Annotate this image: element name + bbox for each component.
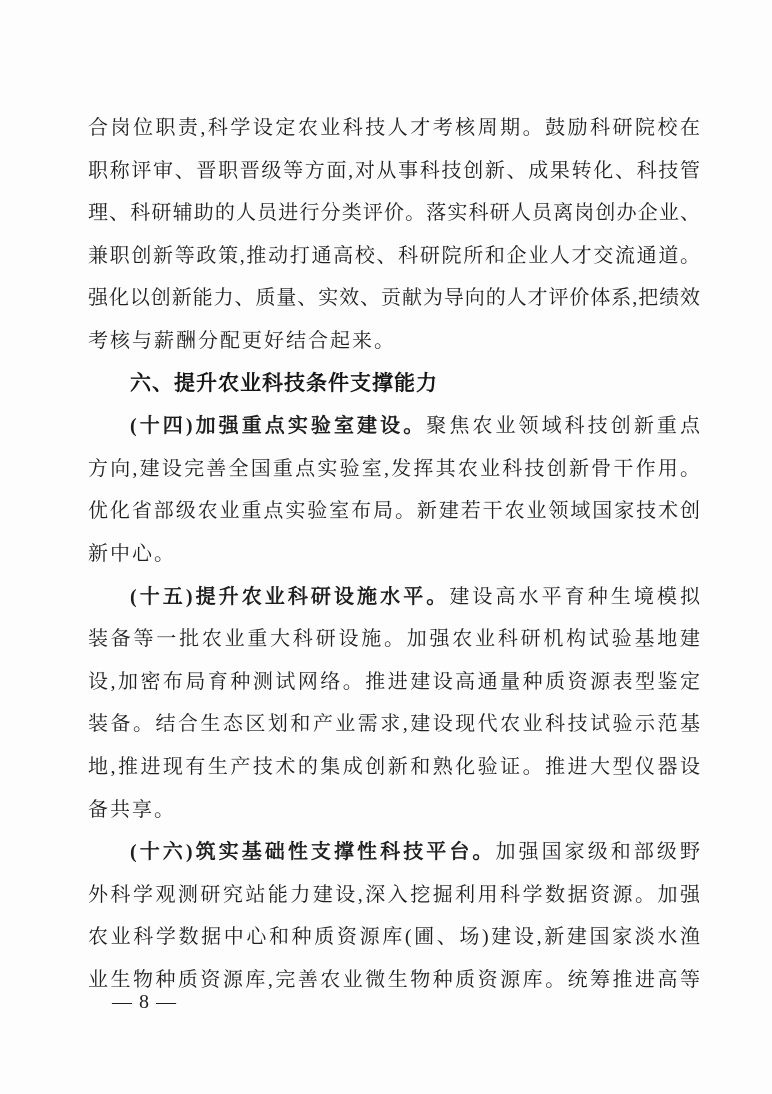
text-line: 新中心。	[88, 533, 700, 576]
item-lead: (十四)加强重点实验室建设。	[130, 415, 426, 437]
item-lead: (十五)提升农业科研设施水平。	[130, 586, 449, 608]
line-text: 农业科学数据中心和种质资源库(圃、场)建设,新建国家淡水渔	[88, 926, 700, 948]
section-heading: 六、提升农业科技条件支撑能力	[88, 363, 700, 406]
line-text: 装备。结合生态区划和产业需求,建设现代农业科技试验示范基	[88, 713, 700, 735]
text-line: 设,加密布局育种测试网络。推进建设高通量种质资源表型鉴定	[88, 661, 700, 704]
line-text: 设,加密布局育种测试网络。推进建设高通量种质资源表型鉴定	[88, 671, 700, 693]
line-text: 新中心。	[88, 543, 176, 565]
text-line: 业生物种质资源库,完善农业微生物种质资源库。统筹推进高等	[88, 959, 700, 1002]
line-text: 业生物种质资源库,完善农业微生物种质资源库。统筹推进高等	[88, 969, 700, 991]
text-line: 外科学观测研究站能力建设,深入挖掘利用科学数据资源。加强	[88, 874, 700, 917]
text-line: 优化省部级农业重点实验室布局。新建若干农业领域国家技术创	[88, 490, 700, 533]
text-line: (十六)筑实基础性支撑性科技平台。加强国家级和部级野	[88, 831, 700, 874]
line-text: 聚焦农业领域科技创新重点	[426, 415, 700, 437]
line-text: 强化以创新能力、质量、实效、贡献为导向的人才评价体系,把绩效	[88, 287, 700, 309]
line-text: 考核与薪酬分配更好结合起来。	[88, 330, 396, 352]
text-line: 兼职创新等政策,推动打通高校、科研院所和企业人才交流通道。	[88, 235, 700, 278]
text-line: 职称评审、晋职晋级等方面,对从事科技创新、成果转化、科技管	[88, 150, 700, 193]
document-page: 合岗位职责,科学设定农业科技人才考核周期。鼓励科研院校在 职称评审、晋职晋级等方…	[0, 0, 772, 1094]
text-line: 理、科研辅助的人员进行分类评价。落实科研人员离岗创办企业、	[88, 192, 700, 235]
text-line: 强化以创新能力、质量、实效、贡献为导向的人才评价体系,把绩效	[88, 277, 700, 320]
text-line: 农业科学数据中心和种质资源库(圃、场)建设,新建国家淡水渔	[88, 916, 700, 959]
text-line: (十四)加强重点实验室建设。聚焦农业领域科技创新重点	[88, 405, 700, 448]
text-line: (十五)提升农业科研设施水平。建设高水平育种生境模拟	[88, 576, 700, 619]
line-text: 地,推进现有生产技术的集成创新和熟化验证。推进大型仪器设	[88, 756, 700, 778]
line-text: 优化省部级农业重点实验室布局。新建若干农业领域国家技术创	[88, 500, 700, 522]
page-number: — 8 —	[112, 988, 177, 1016]
text-line: 考核与薪酬分配更好结合起来。	[88, 320, 700, 363]
document-body: 合岗位职责,科学设定农业科技人才考核周期。鼓励科研院校在 职称评审、晋职晋级等方…	[88, 107, 700, 1001]
line-text: 备共享。	[88, 799, 176, 821]
line-text: 建设高水平育种生境模拟	[449, 586, 700, 608]
text-line: 装备等一批农业重大科研设施。加强农业科研机构试验基地建	[88, 618, 700, 661]
line-text: 方向,建设完善全国重点实验室,发挥其农业科技创新骨干作用。	[88, 458, 700, 480]
line-text: 装备等一批农业重大科研设施。加强农业科研机构试验基地建	[88, 628, 700, 650]
line-text: 理、科研辅助的人员进行分类评价。落实科研人员离岗创办企业、	[88, 202, 700, 224]
line-text: 职称评审、晋职晋级等方面,对从事科技创新、成果转化、科技管	[88, 160, 700, 182]
text-line: 方向,建设完善全国重点实验室,发挥其农业科技创新骨干作用。	[88, 448, 700, 491]
item-lead: (十六)筑实基础性支撑性科技平台。	[130, 841, 495, 863]
text-line: 备共享。	[88, 789, 700, 832]
line-text: 合岗位职责,科学设定农业科技人才考核周期。鼓励科研院校在	[88, 117, 700, 139]
line-text: 兼职创新等政策,推动打通高校、科研院所和企业人才交流通道。	[88, 245, 700, 267]
text-line: 地,推进现有生产技术的集成创新和熟化验证。推进大型仪器设	[88, 746, 700, 789]
text-line: 合岗位职责,科学设定农业科技人才考核周期。鼓励科研院校在	[88, 107, 700, 150]
line-text: 加强国家级和部级野	[495, 841, 700, 863]
text-line: 装备。结合生态区划和产业需求,建设现代农业科技试验示范基	[88, 703, 700, 746]
line-text: 外科学观测研究站能力建设,深入挖掘利用科学数据资源。加强	[88, 884, 700, 906]
